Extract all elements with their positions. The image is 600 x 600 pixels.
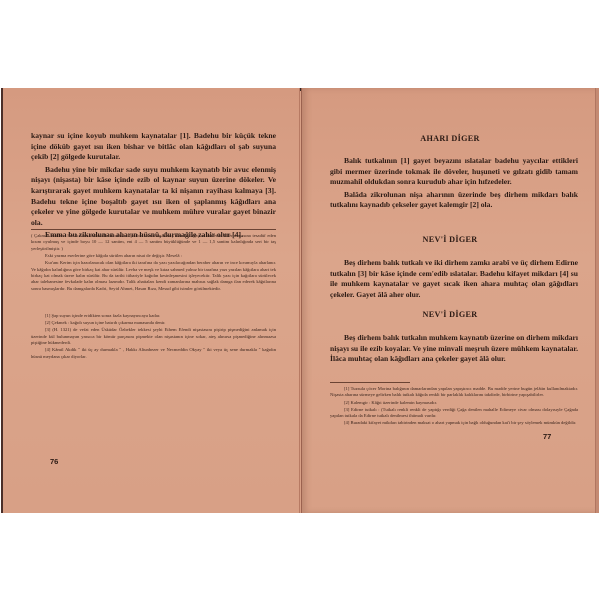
section-heading: NEV'İ DİGER (302, 235, 598, 244)
left-body-text: kaynar su içine koyub muhkem kaynatalar … (31, 131, 276, 241)
footnote: [4] Buradaki kifayet mikdarı tabirinden … (330, 420, 578, 426)
footnote: [2] Çekmek : kağıdı suyun içine batırıb … (31, 320, 276, 326)
right-page: AHARI DİGER Balık tutkalının [1] gayet b… (301, 88, 598, 513)
footnotes: [1] Şap suyun içinde eridikten sonra faz… (31, 313, 276, 360)
explanation-paragraph: ( Çakmak müller : her iki tarafından ell… (31, 233, 276, 252)
paragraph: Badehu yine bir mikdar sade suyu muhkem … (31, 165, 276, 229)
footnote: [1] Şap suyun içinde eridikten sonra faz… (31, 313, 276, 319)
left-page: kaynar su içine koyub muhkem kaynatalar … (3, 88, 300, 513)
section-body: Beş dirhem balık tutkalın muhkem kaynatı… (330, 333, 578, 365)
divider (31, 229, 276, 230)
paragraph: Beş dirhem balık tutkalı ve iki dirhem z… (330, 258, 578, 300)
explanation-paragraph: Eski yazma eserlerine göre kâğıda sürüle… (31, 253, 276, 259)
footnote-divider (330, 382, 410, 383)
footnote: [4] Kâmil Akdik " iki üç ay durmakla " ,… (31, 347, 276, 360)
paragraph: Balık tutkalının [1] gayet beyazını ısla… (330, 156, 578, 188)
page-number: 76 (50, 457, 58, 466)
page-number: 77 (543, 432, 551, 441)
explanation-block: ( Çakmak müller : her iki tarafından ell… (31, 233, 276, 292)
footnote: [3] Edirne tutkalı : (Tutkalı renkli ren… (330, 407, 578, 420)
paragraph: Balâda zikrolunan nişa aharının üzerinde… (330, 190, 578, 211)
section-body: Beş dirhem balık tutkalı ve iki dirhem z… (330, 258, 578, 300)
footnote: [3] (H. 1321) de vefat eden Üsküdar Özbe… (31, 327, 276, 346)
paragraph: Beş dirhem balık tutkalın muhkem kaynatı… (330, 333, 578, 365)
explanation-paragraph: Kur'anı Kerim için hazırlanacak olan kâğ… (31, 260, 276, 292)
footnotes: [1] Tuzsula çöcer Morina balığının damar… (330, 386, 578, 427)
paragraph: kaynar su içine koyub muhkem kaynatalar … (31, 131, 276, 163)
open-book: kaynar su içine koyub muhkem kaynatalar … (1, 88, 599, 513)
section-body: Balık tutkalının [1] gayet beyazını ısla… (330, 156, 578, 211)
section-heading: NEV'İ DİGER (302, 310, 598, 319)
footnote: [1] Tuzsula çöcer Morina balığının damar… (330, 386, 578, 399)
section-heading: AHARI DİGER (302, 134, 598, 143)
footnote: [2] Kalemgir : Kâğıt üzerinde kalemin ka… (330, 400, 578, 406)
book-right-edge (595, 88, 599, 513)
